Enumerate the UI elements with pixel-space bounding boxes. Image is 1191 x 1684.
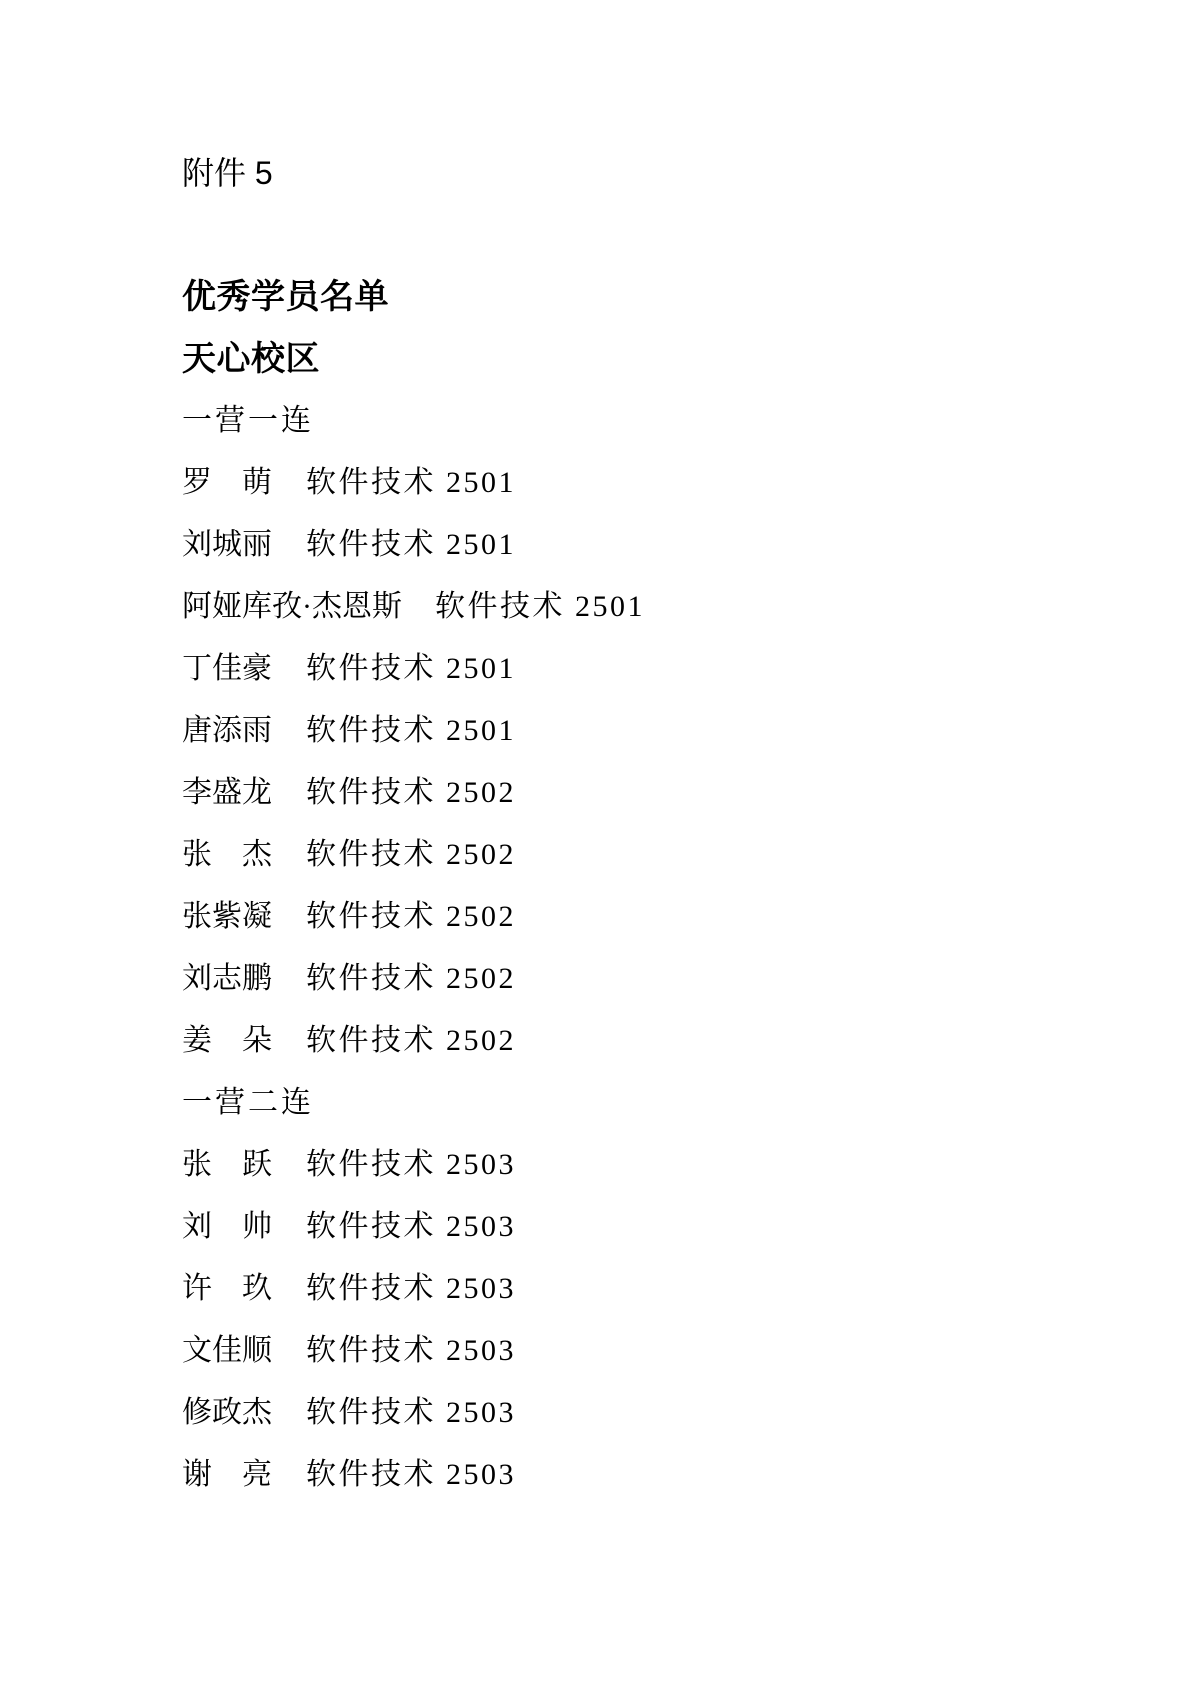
student-class: 软件技术 2502: [306, 762, 516, 824]
student-row: 李盛龙 软件技术 2502: [182, 762, 1131, 824]
student-name: 罗 萌: [182, 452, 273, 514]
student-name: 李盛龙: [182, 762, 273, 824]
student-row: 刘志鹏 软件技术 2502: [182, 948, 1131, 1010]
page-title: 优秀学员名单: [182, 266, 1131, 328]
student-class: 软件技术 2501: [435, 576, 645, 638]
attachment-label: 附件 5: [182, 142, 1131, 204]
student-class: 软件技术 2503: [306, 1382, 516, 1444]
student-row: 许 玖 软件技术 2503: [182, 1258, 1131, 1320]
student-class: 软件技术 2503: [306, 1444, 516, 1506]
student-name: 刘城丽: [182, 514, 273, 576]
group-heading-1: 一营一连: [182, 390, 1131, 452]
student-row: 张 跃 软件技术 2503: [182, 1134, 1131, 1196]
student-class: 软件技术 2502: [306, 1010, 516, 1072]
student-class: 软件技术 2501: [306, 700, 516, 762]
campus-heading: 天心校区: [182, 328, 1131, 390]
student-name: 姜 朵: [182, 1010, 273, 1072]
student-name: 刘 帅: [182, 1196, 273, 1258]
student-row: 谢 亮 软件技术 2503: [182, 1444, 1131, 1506]
blank-line: [182, 204, 1131, 266]
student-row: 张 杰 软件技术 2502: [182, 824, 1131, 886]
student-name: 谢 亮: [182, 1444, 273, 1506]
student-row: 刘城丽 软件技术 2501: [182, 514, 1131, 576]
student-row: 修政杰 软件技术 2503: [182, 1382, 1131, 1444]
student-row: 刘 帅 软件技术 2503: [182, 1196, 1131, 1258]
student-class: 软件技术 2503: [306, 1258, 516, 1320]
student-name: 张紫凝: [182, 886, 273, 948]
student-name: 文佳顺: [182, 1320, 273, 1382]
student-name: 唐添雨: [182, 700, 273, 762]
document-content: 附件 5 优秀学员名单 天心校区 一营一连 罗 萌 软件技术 2501 刘城丽 …: [0, 0, 1191, 1506]
student-class: 软件技术 2503: [306, 1196, 516, 1258]
student-class: 软件技术 2502: [306, 948, 516, 1010]
student-class: 软件技术 2502: [306, 824, 516, 886]
group-heading-2: 一营二连: [182, 1072, 1131, 1134]
document-page: 附件 5 优秀学员名单 天心校区 一营一连 罗 萌 软件技术 2501 刘城丽 …: [0, 0, 1191, 1684]
student-row: 罗 萌 软件技术 2501: [182, 452, 1131, 514]
student-name: 修政杰: [182, 1382, 273, 1444]
student-name: 丁佳豪: [182, 638, 273, 700]
student-class: 软件技术 2501: [306, 514, 516, 576]
student-name: 许 玖: [182, 1258, 273, 1320]
student-row: 唐添雨 软件技术 2501: [182, 700, 1131, 762]
student-name: 张 跃: [182, 1134, 273, 1196]
student-class: 软件技术 2503: [306, 1320, 516, 1382]
student-class: 软件技术 2503: [306, 1134, 516, 1196]
student-row: 文佳顺 软件技术 2503: [182, 1320, 1131, 1382]
student-name: 阿娅库孜·杰恩斯: [182, 576, 402, 638]
student-row: 阿娅库孜·杰恩斯 软件技术 2501: [182, 576, 1131, 638]
student-class: 软件技术 2501: [306, 452, 516, 514]
student-name: 张 杰: [182, 824, 273, 886]
student-row: 张紫凝 软件技术 2502: [182, 886, 1131, 948]
student-class: 软件技术 2501: [306, 638, 516, 700]
student-class: 软件技术 2502: [306, 886, 516, 948]
student-row: 姜 朵 软件技术 2502: [182, 1010, 1131, 1072]
student-row: 丁佳豪 软件技术 2501: [182, 638, 1131, 700]
student-name: 刘志鹏: [182, 948, 273, 1010]
